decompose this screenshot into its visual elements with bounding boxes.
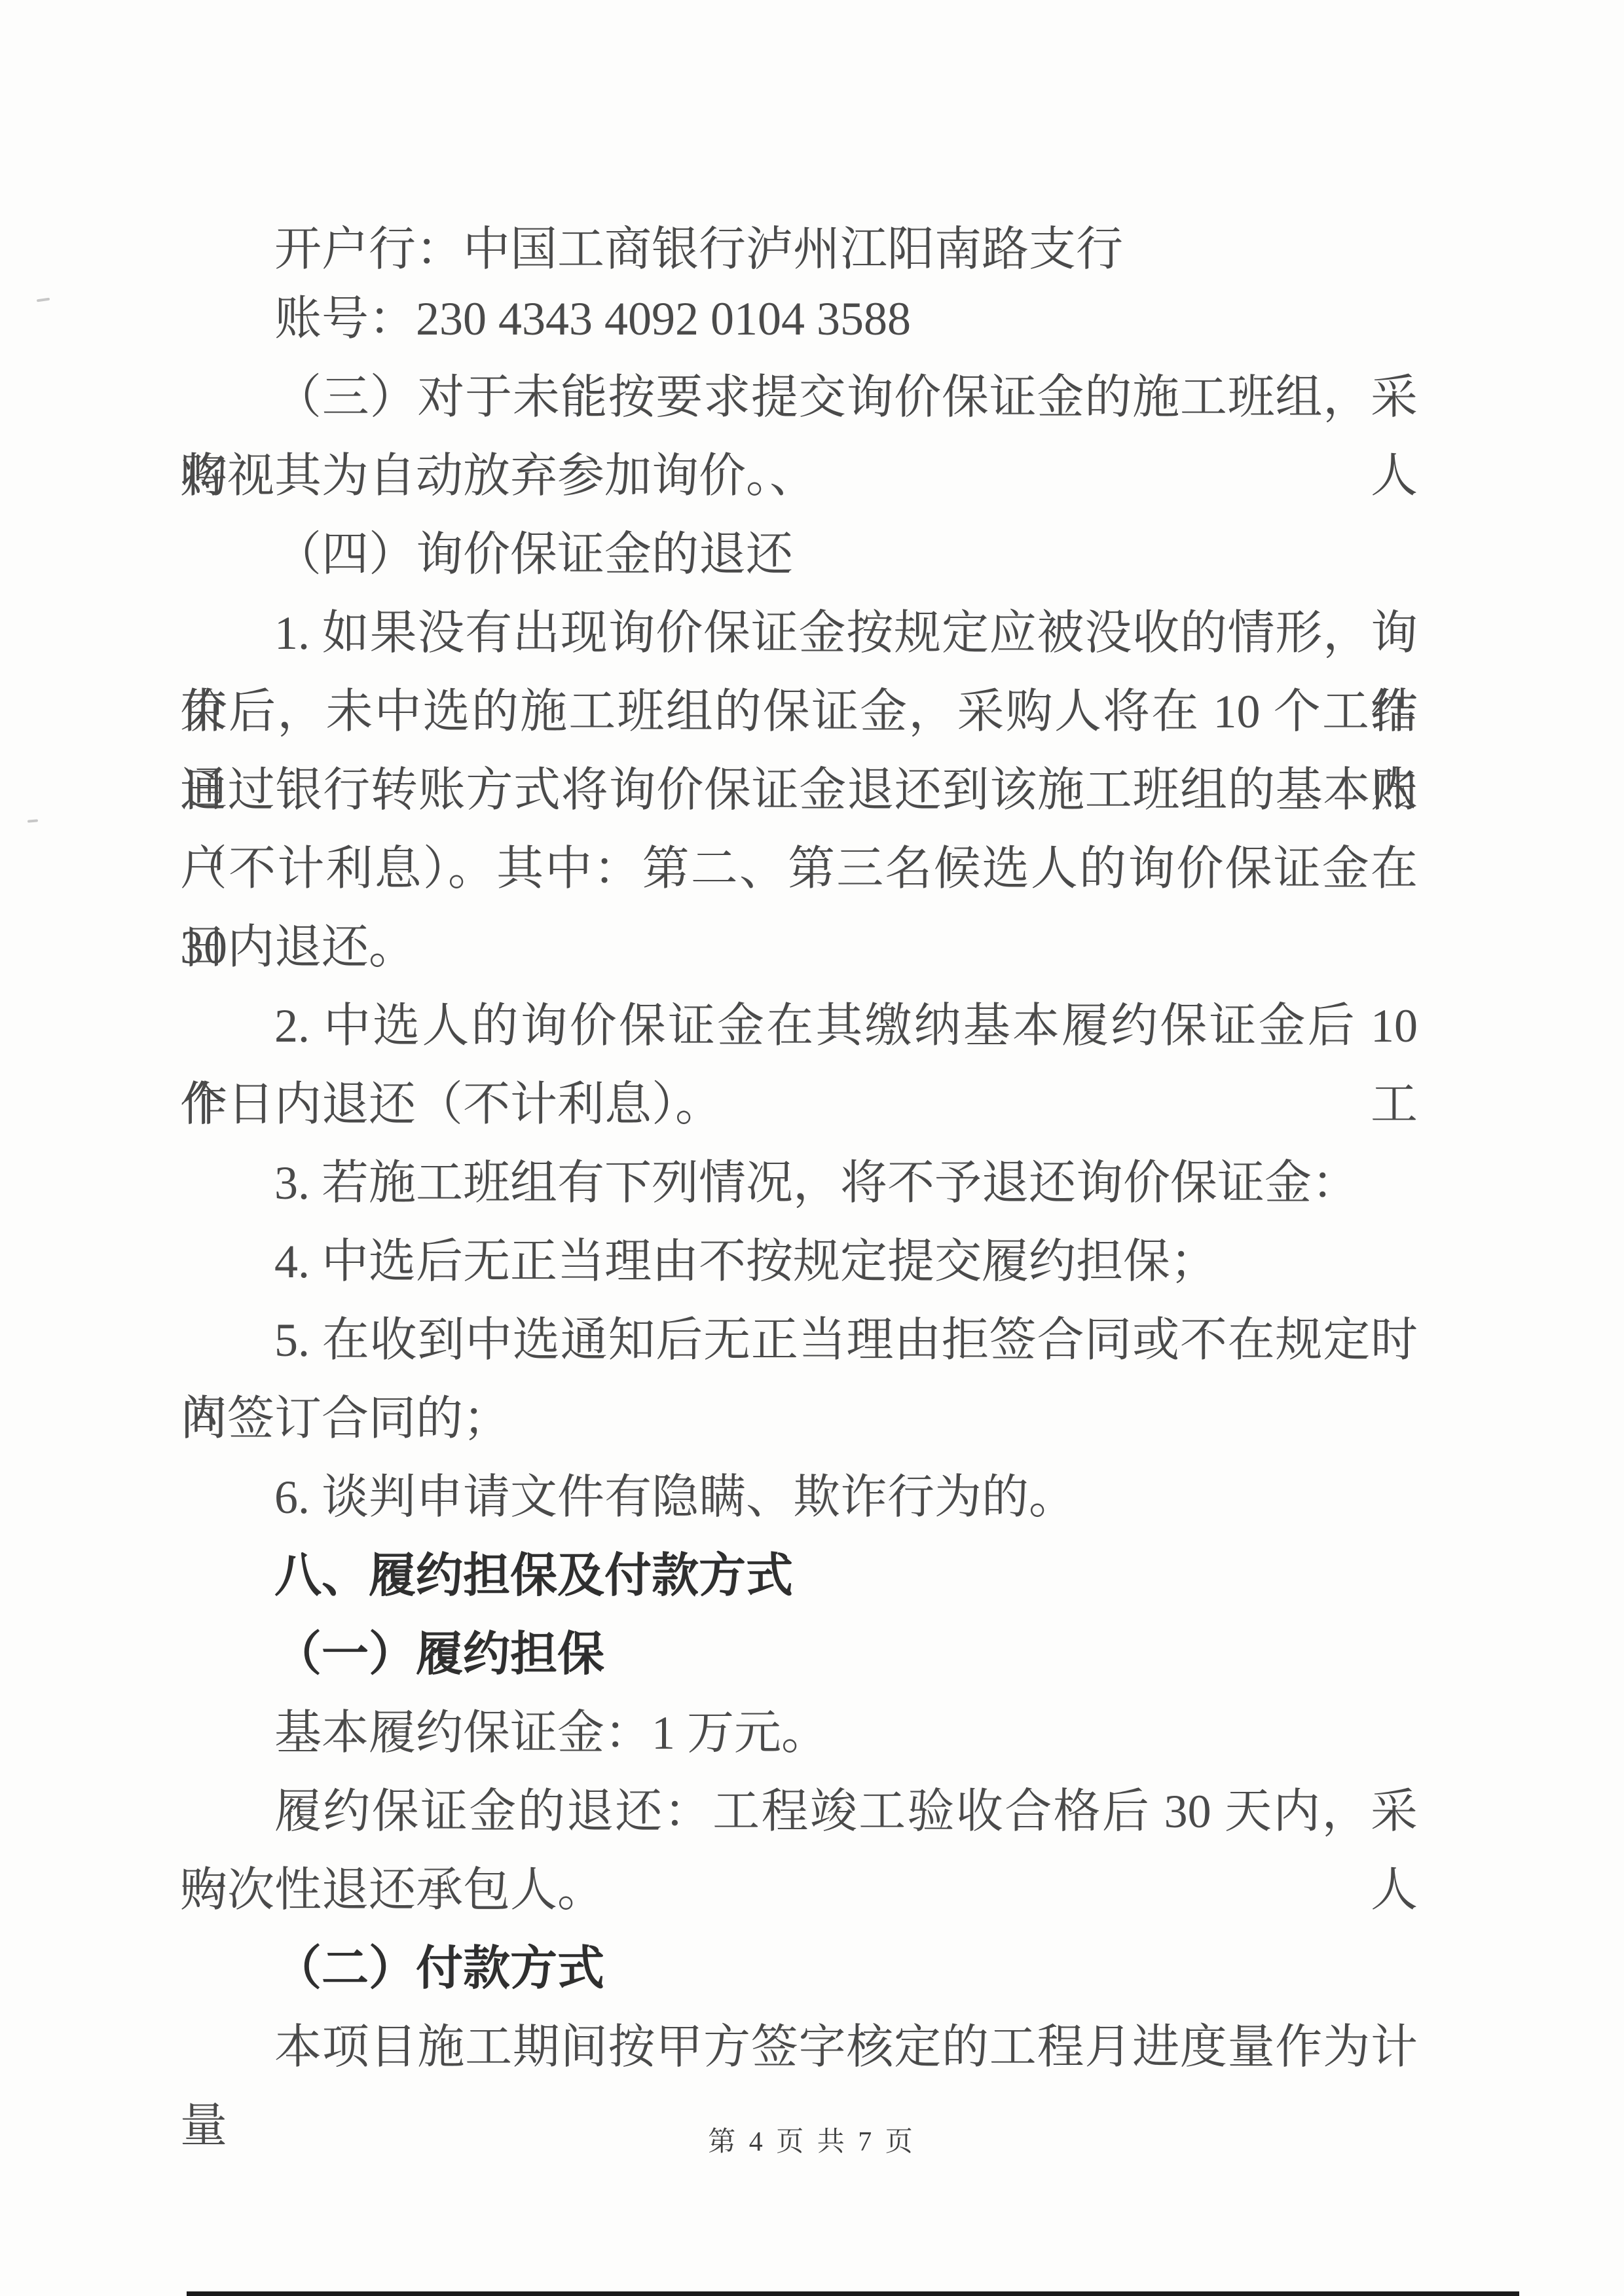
text-line-item-5-start: 5. 在收到中选通知后无正当理由拒签合同或不在规定时间 bbox=[180, 1301, 1418, 1379]
text-line-item-1-cont-2: 通过银行转账方式将询价保证金退还到该施工班组的基本账户 bbox=[180, 751, 1418, 829]
text-line-clause-4-title: （四）询价保证金的退还 bbox=[180, 515, 1418, 594]
text-line-item-6: 6. 谈判申请文件有隐瞒、欺诈行为的。 bbox=[180, 1458, 1418, 1537]
text-line-item-1-cont-1: 束后，未中选的施工班组的保证金，采购人将在 10 个工作日内 bbox=[180, 672, 1418, 751]
text-line-account-number: 账号：230 4343 4092 0104 3588 bbox=[180, 280, 1418, 358]
subsection-heading-payment: （二）付款方式 bbox=[180, 1929, 1418, 2008]
document-page: 开户行：中国工商银行泸州江阳南路支行 账号：230 4343 4092 0104… bbox=[0, 0, 1624, 2296]
text-line-item-4: 4. 中选后无正当理由不按规定提交履约担保； bbox=[180, 1222, 1418, 1301]
subsection-heading-guarantee: （一）履约担保 bbox=[180, 1615, 1418, 1694]
text-line-item-5-cont: 内签订合同的； bbox=[180, 1379, 1418, 1458]
document-body: 开户行：中国工商银行泸州江阳南路支行 账号：230 4343 4092 0104… bbox=[180, 219, 1418, 2086]
text-line-refund-start: 履约保证金的退还：工程竣工验收合格后 30 天内，采购人 bbox=[180, 1772, 1418, 1851]
text-line-guarantee-amount: 基本履约保证金：1 万元。 bbox=[180, 1694, 1418, 1772]
text-line-clause-3-start: （三）对于未能按要求提交询价保证金的施工班组，采购人 bbox=[180, 358, 1418, 437]
text-line-item-1-cont-3: （不计利息）。其中：第二、第三名候选人的询价保证金在 30 bbox=[180, 829, 1418, 908]
text-line-item-3: 3. 若施工班组有下列情况，将不予退还询价保证金： bbox=[180, 1144, 1418, 1222]
text-line-payment-start: 本项目施工期间按甲方签字核定的工程月进度量作为计量 bbox=[180, 2008, 1418, 2086]
text-line-bank-name: 开户行：中国工商银行泸州江阳南路支行 bbox=[180, 219, 1418, 280]
page-number-footer: 第 4 页 共 7 页 bbox=[0, 2120, 1624, 2159]
text-line-item-1-cont-4: 日内退还。 bbox=[180, 908, 1418, 987]
scan-speck bbox=[28, 819, 38, 822]
text-line-item-1-start: 1. 如果没有出现询价保证金按规定应被没收的情形，询价结 bbox=[180, 594, 1418, 672]
scan-speck bbox=[37, 298, 50, 302]
text-line-item-2-start: 2. 中选人的询价保证金在其缴纳基本履约保证金后 10 个工 bbox=[180, 987, 1418, 1065]
section-heading-8: 八、履约担保及付款方式 bbox=[180, 1537, 1418, 1615]
scan-edge-line bbox=[187, 2291, 1519, 2296]
